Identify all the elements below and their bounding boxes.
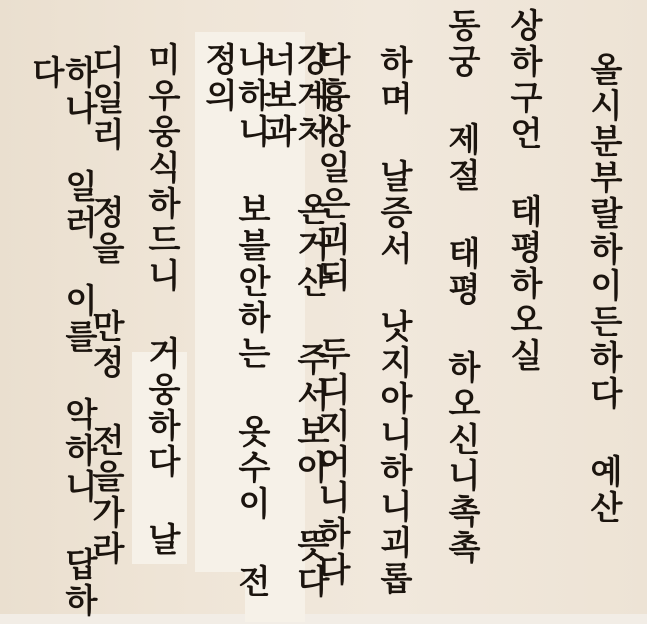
text-column-3: 동궁 제절 태평 하오신니촉촉 [446, 8, 479, 566]
text-column-8: 미우웅식하드니 거웅하다 날 [146, 42, 179, 558]
text-column-1: 올시분부랄하이든하다 예산 [588, 52, 621, 526]
text-column-7: 나하니 보블안하는 옷수이 전정의 [203, 42, 269, 624]
text-column-4: 하며 날증서 낫지아니하니괴롭 [378, 45, 411, 597]
text-column-10: 하나 일러 이를 악하니 답하다 [30, 55, 96, 624]
text-column-2: 상하구언 태평하오실 [508, 8, 541, 374]
